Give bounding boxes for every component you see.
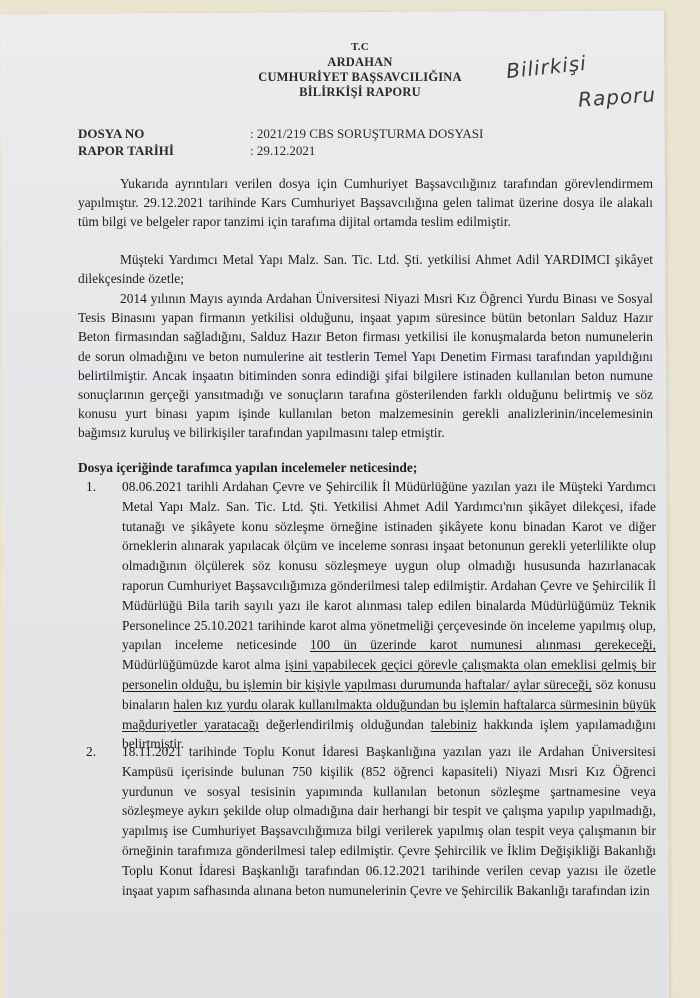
rapor-tarihi-value: : 29.12.2021 (250, 143, 315, 159)
intro-paragraph-1: Yukarıda ayrıntıları verilen dosya için … (78, 174, 653, 232)
finding-body: 08.06.2021 tarihli Ardahan Çevre ve Şehi… (122, 477, 656, 754)
finding-item-1: 1. 08.06.2021 tarihli Ardahan Çevre ve Ş… (86, 477, 656, 754)
finding-number: 1. (86, 477, 96, 497)
underlined-text: talebiniz (431, 717, 477, 732)
dosya-no-label: DOSYA NO (78, 126, 144, 142)
findings-heading: Dosya içeriğinde tarafımca yapılan incel… (78, 458, 653, 477)
header-title: BİLİRKİŞİ RAPORU (230, 85, 490, 100)
dosya-no-value: : 2021/219 CBS SORUŞTURMA DOSYASI (250, 126, 483, 142)
header-city: ARDAHAN (230, 55, 490, 70)
header-office: CUMHURİYET BAŞSAVCILIĞINA (230, 70, 490, 85)
intro-paragraph-2: Müşteki Yardımcı Metal Yapı Malz. San. T… (78, 250, 653, 288)
finding-body: 18.11.2021 tarihinde Toplu Konut İdaresi… (122, 742, 656, 900)
rapor-tarihi-label: RAPOR TARİHİ (78, 143, 174, 159)
underlined-text: 100 ün üzerinde karot numunesi alınması … (310, 637, 656, 652)
finding-number: 2. (86, 742, 96, 762)
intro-paragraph-3: 2014 yılının Mayıs ayında Ardahan Üniver… (78, 289, 653, 443)
finding-item-2: 2. 18.11.2021 tarihinde Toplu Konut İdar… (86, 742, 656, 900)
report-header: T.C ARDAHAN CUMHURİYET BAŞSAVCILIĞINA Bİ… (230, 40, 490, 100)
header-tc: T.C (230, 40, 490, 55)
